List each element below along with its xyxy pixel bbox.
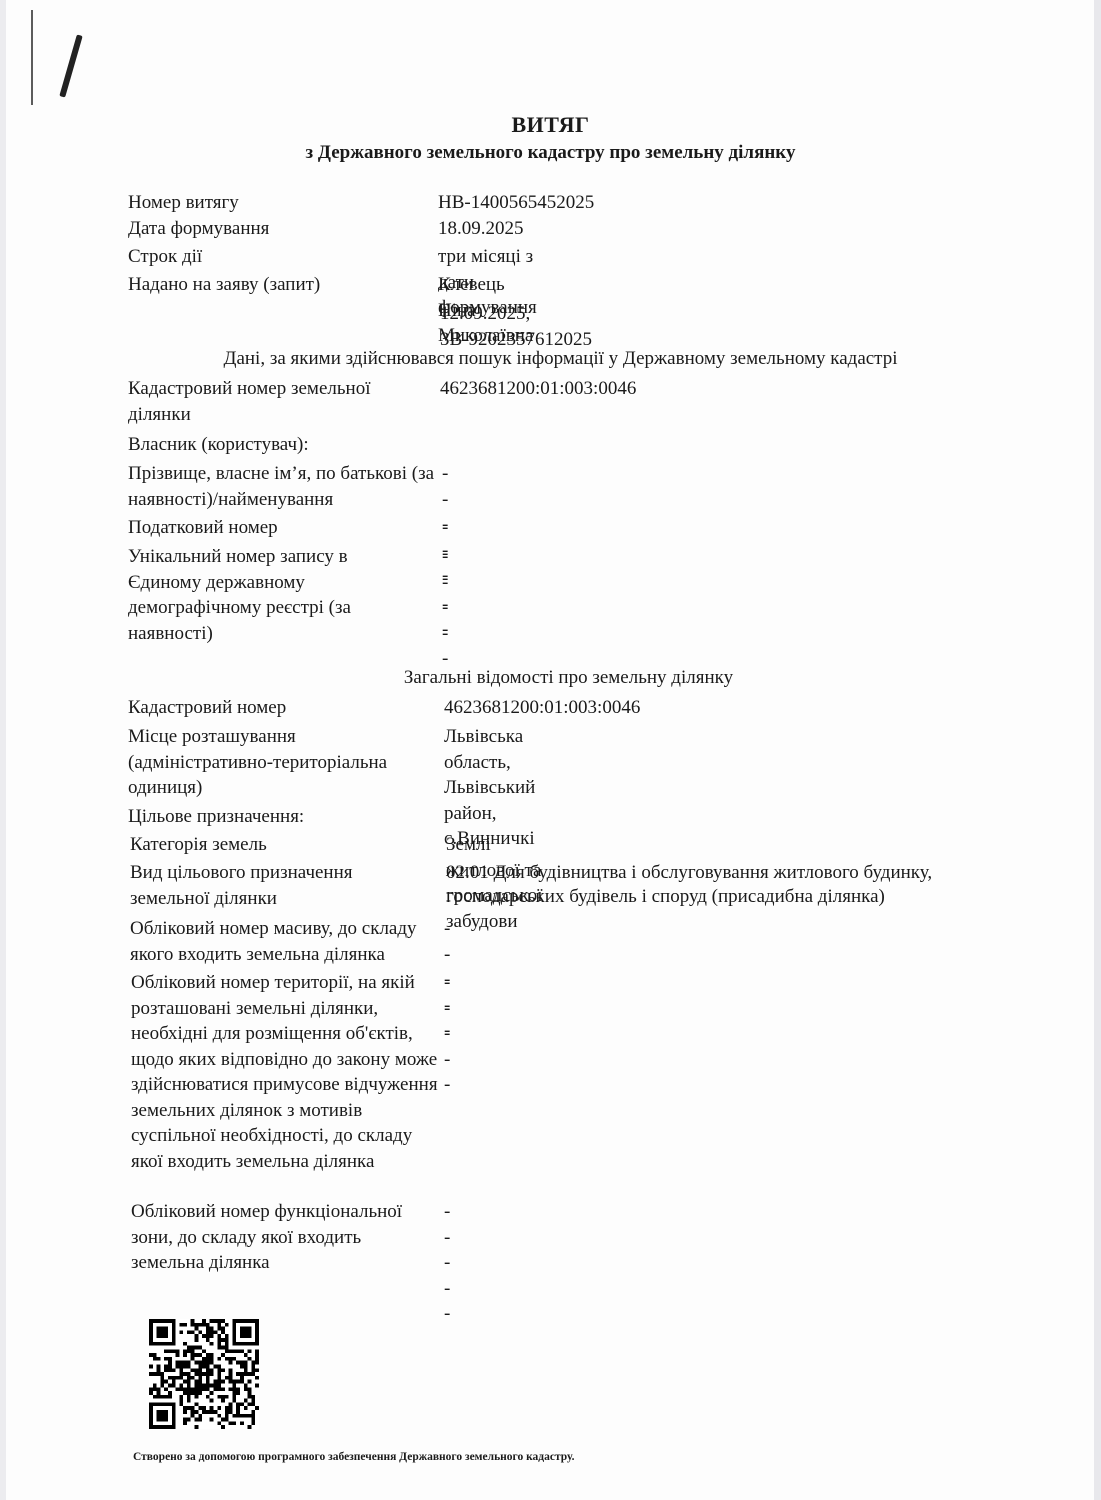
field-label: Категорія земель	[130, 832, 445, 858]
scan-edge-right	[1094, 0, 1101, 1500]
field-label: Кадастровий номер земельної ділянки	[128, 376, 398, 427]
field-label: Строк дії	[128, 244, 443, 270]
field-label: Обліковий номер масиву, до складу якого …	[130, 916, 444, 967]
field-value: 4623681200:01:003:0046	[440, 376, 636, 402]
qr-code-icon	[149, 1318, 259, 1430]
field-label: Обліковий номер території, на якій розта…	[131, 970, 441, 1174]
footer-note: Створено за допомогою програмного забезп…	[133, 1451, 574, 1463]
field-label: Дата формування	[128, 216, 443, 242]
field-label: Цільове призначення:	[128, 804, 443, 830]
field-value: 12.09.2025, ЗВ-9202357612025	[440, 301, 592, 352]
field-value: 18.09.2025	[438, 216, 524, 242]
field-label: Вид цільового призначення земельної діля…	[130, 860, 390, 911]
field-label: Унікальний номер запису в Єдиному держав…	[128, 544, 388, 646]
field-label: Місце розташування (адміністративно-тери…	[128, 724, 418, 801]
field-label: Податковий номер	[128, 515, 443, 541]
handwritten-mark	[59, 34, 82, 97]
scan-edge-left	[0, 0, 6, 1500]
section-heading-search: Дані, за якими здійснювався пошук інформ…	[0, 348, 1101, 370]
section-heading-general: Загальні відомості про земельну ділянку	[0, 667, 1101, 689]
field-label: Обліковий номер функціональної зони, до …	[131, 1199, 431, 1276]
field-value: 4623681200:01:003:0046	[444, 695, 640, 721]
field-label: Прізвище, власне ім’я, по батькові (за н…	[128, 461, 440, 512]
field-label: Надано на заяву (запит)	[128, 272, 443, 298]
field-value: -----	[444, 1199, 450, 1327]
document-subtitle: з Державного земельного кадастру про зем…	[0, 142, 1101, 164]
field-value: -----	[444, 970, 450, 1098]
scan-artifact-line	[31, 10, 33, 105]
field-label: Номер витягу	[128, 190, 443, 216]
field-value: господарських будівель і споруд (присади…	[446, 884, 885, 910]
field-value: 02.01 Для будівництва і обслуговування ж…	[446, 860, 932, 886]
field-label: Кадастровий номер	[128, 695, 443, 721]
field-label: Власник (користувач):	[128, 432, 443, 458]
document-title: ВИТЯГ	[0, 112, 1101, 138]
field-value: -----	[442, 544, 448, 672]
field-value: НВ-1400565452025	[438, 190, 594, 216]
